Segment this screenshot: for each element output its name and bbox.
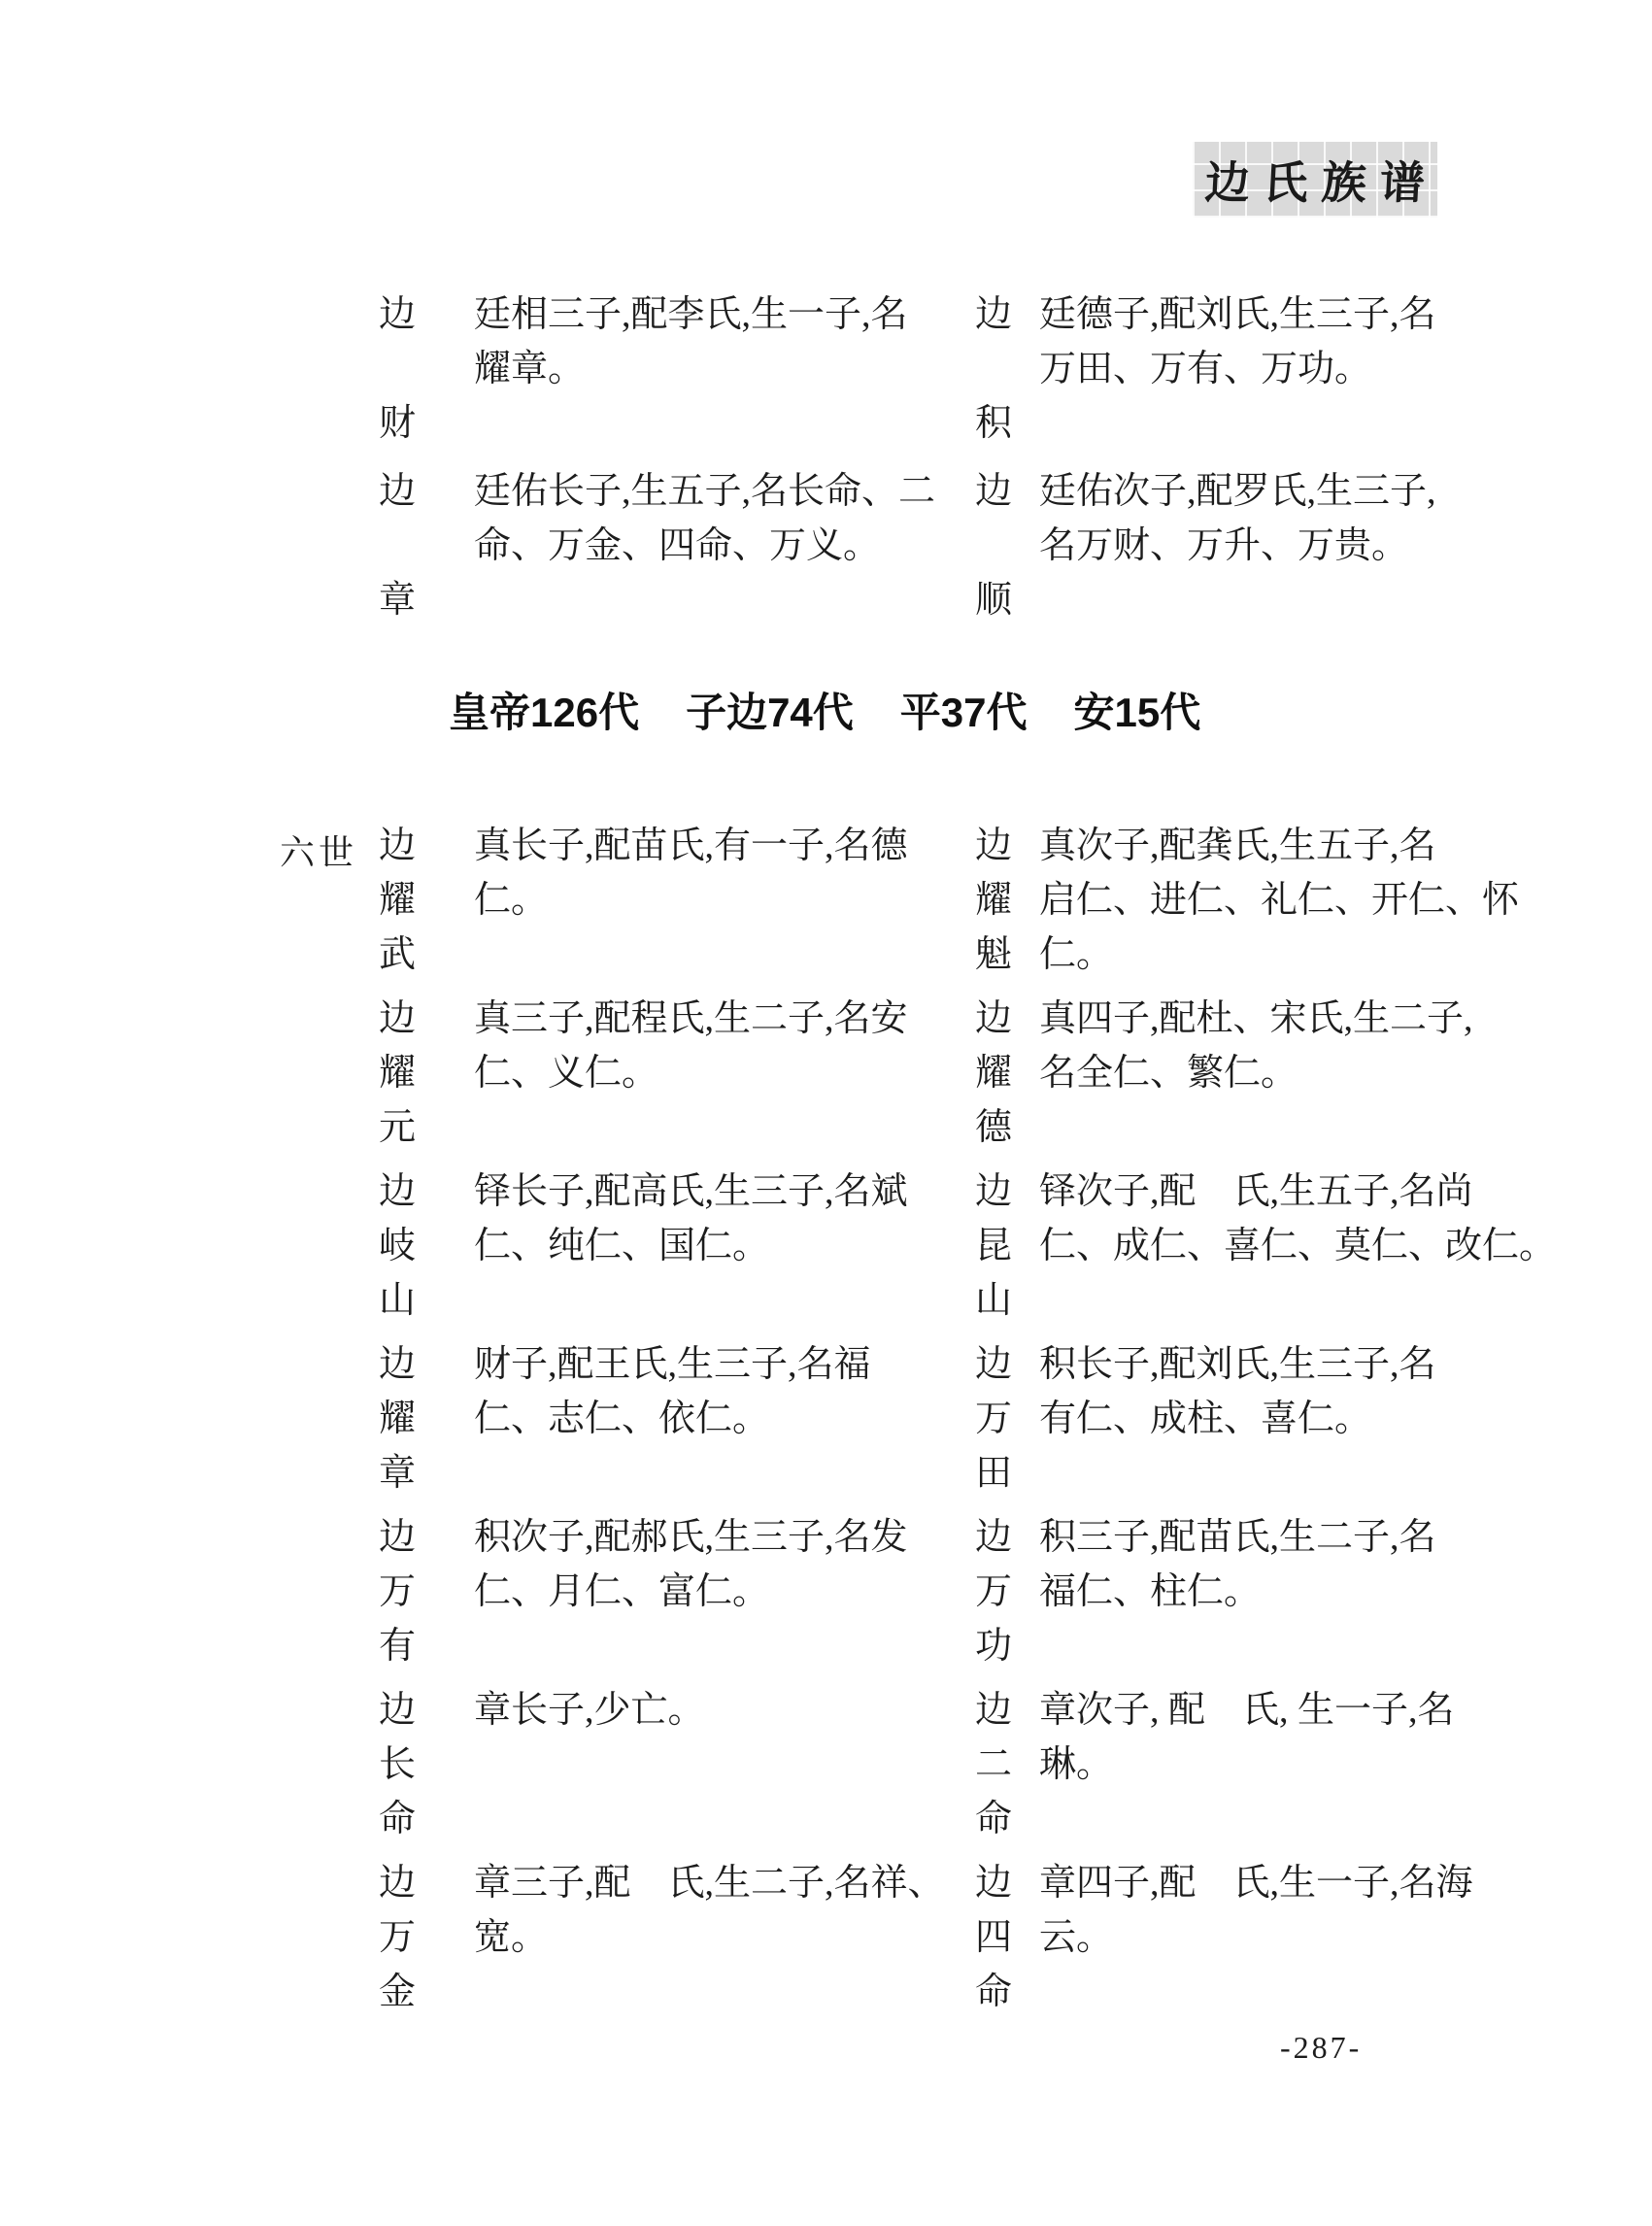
- entry-text: 章次子, 配 氏, 生一子,名 琳。: [1039, 1683, 1455, 1792]
- person-name-label: 边 长 命: [379, 1683, 474, 1846]
- entry-text: 积次子,配郝氏,生三子,名发 仁、月仁、富仁。: [474, 1510, 908, 1619]
- entry-text: 积长子,配刘氏,生三子,名 有仁、成柱、喜仁。: [1039, 1337, 1436, 1446]
- genealogy-entry: 边 积 廷德子,配刘氏,生三子,名 万田、万有、万功。: [975, 287, 1436, 451]
- person-name-label: 边 耀 魁: [975, 819, 1039, 982]
- person-name-label: 边 万 金: [379, 1856, 474, 2019]
- person-name-label: 边 万 有: [379, 1510, 474, 1673]
- heading-part: 皇帝126代: [449, 688, 639, 738]
- person-name-label: 边 章: [379, 464, 474, 627]
- genealogy-entry: 边 万 有 积次子,配郝氏,生三子,名发 仁、月仁、富仁。: [379, 1510, 908, 1673]
- entry-text: 铎长子,配高氏,生三子,名斌 仁、纯仁、国仁。: [474, 1164, 908, 1273]
- person-name-label: 边 顺: [975, 464, 1039, 627]
- genealogy-entry: 边 昆 山 铎次子,配 氏,生五子,名尚 仁、成仁、喜仁、莫仁、改仁。: [975, 1164, 1556, 1328]
- entry-text: 廷相三子,配李氏,生一子,名 耀章。: [474, 287, 908, 396]
- person-name-label: 边 二 命: [975, 1683, 1039, 1846]
- person-name-label: 边 万 功: [975, 1510, 1039, 1673]
- entry-text: 廷佑次子,配罗氏,生三子, 名万财、万升、万贵。: [1039, 464, 1436, 573]
- person-name-label: 边 积: [975, 287, 1039, 451]
- entry-text: 财子,配王氏,生三子,名福 仁、志仁、依仁。: [474, 1337, 871, 1446]
- genealogy-entry: 边 二 命 章次子, 配 氏, 生一子,名 琳。: [975, 1683, 1455, 1846]
- entry-text: 铎次子,配 氏,生五子,名尚 仁、成仁、喜仁、莫仁、改仁。: [1039, 1164, 1556, 1273]
- genealogy-page: 边氏族谱 边 财 廷相三子,配李氏,生一子,名 耀章。 边 积 廷德子,配刘氏,…: [0, 0, 1652, 2226]
- person-name-label: 边 四 命: [975, 1856, 1039, 2019]
- page-number: -287-: [1280, 2030, 1362, 2066]
- entry-text: 章三子,配 氏,生二子,名祥、 宽。: [474, 1856, 945, 1965]
- person-name-label: 边 耀 武: [379, 819, 474, 982]
- genealogy-entry: 边 耀 元 真三子,配程氏,生二子,名安 仁、义仁。: [379, 992, 908, 1155]
- genealogy-entry: 边 四 命 章四子,配 氏,生一子,名海 云。: [975, 1856, 1473, 2019]
- genealogy-entry: 边 耀 武 真长子,配苗氏,有一子,名德 仁。: [379, 819, 908, 982]
- genealogy-entry: 边 万 田 积长子,配刘氏,生三子,名 有仁、成柱、喜仁。: [975, 1337, 1436, 1501]
- heading-part: 平37代: [900, 688, 1028, 738]
- section-heading: 皇帝126代 子边74代 平37代 安15代: [449, 688, 1200, 738]
- person-name-label: 边 岐 山: [379, 1164, 474, 1328]
- genealogy-entry: 边 财 廷相三子,配李氏,生一子,名 耀章。: [379, 287, 908, 451]
- genealogy-entry: 边 耀 魁 真次子,配龚氏,生五子,名 启仁、进仁、礼仁、开仁、怀 仁。: [975, 819, 1519, 982]
- genealogy-entry: 边 顺 廷佑次子,配罗氏,生三子, 名万财、万升、万贵。: [975, 464, 1436, 627]
- person-name-label: 边 昆 山: [975, 1164, 1039, 1328]
- person-name-label: 边 耀 元: [379, 992, 474, 1155]
- genealogy-entry: 边 章 廷佑长子,生五子,名长命、二 命、万金、四命、万义。: [379, 464, 935, 627]
- entry-text: 廷德子,配刘氏,生三子,名 万田、万有、万功。: [1039, 287, 1436, 396]
- generation-marker: 六世: [280, 826, 357, 875]
- person-name-label: 边 耀 章: [379, 1337, 474, 1501]
- genealogy-entry: 边 万 功 积三子,配苗氏,生二子,名 福仁、柱仁。: [975, 1510, 1436, 1673]
- genealogy-entry: 边 长 命 章长子,少亡。: [379, 1683, 705, 1846]
- genealogy-entry: 边 耀 章 财子,配王氏,生三子,名福 仁、志仁、依仁。: [379, 1337, 871, 1501]
- entry-text: 真次子,配龚氏,生五子,名 启仁、进仁、礼仁、开仁、怀 仁。: [1039, 819, 1519, 982]
- heading-part: 安15代: [1074, 688, 1201, 738]
- genealogy-entry: 边 岐 山 铎长子,配高氏,生三子,名斌 仁、纯仁、国仁。: [379, 1164, 908, 1328]
- book-title-badge: 边氏族谱: [1193, 142, 1437, 218]
- entry-text: 章长子,少亡。: [474, 1683, 705, 1737]
- entry-text: 章四子,配 氏,生一子,名海 云。: [1039, 1856, 1473, 1965]
- genealogy-entry: 边 万 金 章三子,配 氏,生二子,名祥、 宽。: [379, 1856, 945, 2019]
- entry-text: 真三子,配程氏,生二子,名安 仁、义仁。: [474, 992, 908, 1100]
- entry-text: 积三子,配苗氏,生二子,名 福仁、柱仁。: [1039, 1510, 1436, 1619]
- genealogy-entry: 边 耀 德 真四子,配杜、宋氏,生二子, 名全仁、繁仁。: [975, 992, 1473, 1155]
- person-name-label: 边 耀 德: [975, 992, 1039, 1155]
- entry-text: 廷佑长子,生五子,名长命、二 命、万金、四命、万义。: [474, 464, 935, 573]
- heading-part: 子边74代: [686, 688, 854, 738]
- entry-text: 真长子,配苗氏,有一子,名德 仁。: [474, 819, 908, 927]
- entry-text: 真四子,配杜、宋氏,生二子, 名全仁、繁仁。: [1039, 992, 1473, 1100]
- person-name-label: 边 万 田: [975, 1337, 1039, 1501]
- book-title: 边氏族谱: [1190, 148, 1439, 212]
- person-name-label: 边 财: [379, 287, 474, 451]
